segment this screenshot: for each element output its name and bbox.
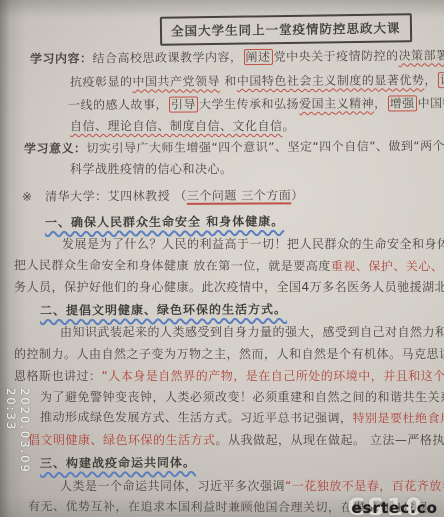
note-line: 二、提倡文明健康、绿色环保的生活方式。 [40,302,287,318]
text-segment: 切实引导广大师生增强“四个意识”、坚定“四个自信”、做到“两个维护”，厚植爱国 [86,138,444,155]
text-segment: 。 [283,119,296,133]
note-line: 学习意义：切实引导广大师生增强“四个意识”、坚定“四个自信”、做到“两个维护”，… [24,138,444,157]
watermark-dark-text: esrtec.co [351,499,438,517]
notes-photo: 全国大学生同上一堂疫情防控思政大课 学习内容：结合高校思政课教学内容，阐述党中央… [0,0,444,517]
photo-timestamp: 2020.03.09 20:33 [4,388,32,517]
text-segment: 党中央关于疫情防控的 [273,49,398,64]
text-segment: 爱国主义精神 [299,97,374,111]
text-segment: ※ 清华大学：艾四林教授 （ [22,189,187,204]
note-line: 务人员，保护好他们的身心健康。此次疫情中，全国4万多名医务人员驰援湖北。 [14,280,444,295]
note-line: 三、构建战疫命运共同体。 [40,456,196,472]
text-segment: 一线的感人故事， [68,98,168,113]
text-segment: ） [291,188,304,202]
text-segment: 由知识武装起来的人类感受到自身力量的强大，感受到自己对自然力和自然物的独特 [60,325,444,339]
text-segment: 推动形成绿色发展方式、生活方式。习近平总书记强调， [40,410,353,425]
text-segment: 中国共产党领导 [132,74,220,88]
text-segment: 务人员，保护好他们的身心健康。此次疫情中，全国4万多名医务人员驰援湖北。 [14,280,444,294]
note-line: 由知识武装起来的人类感受到自身力量的强大，感受到自己对自然力和自然物的独特 [60,325,444,340]
text-segment: 特别是要杜绝食用野生动物的陋习，提 [352,411,444,426]
text-segment: 。从我做起，从现在做起。 立法—严格执法 [216,433,444,447]
text-segment: 人类是一个命运共同体，习近平多次强调 [60,479,285,493]
text-segment: 抗疫彰显的 [70,75,133,89]
text-segment: ， [424,73,437,87]
text-segment: 把人民群众生命安全和身体健康 放在第一位，就是要高度 [14,258,331,273]
text-segment: 三、构建战疫命运共同体。 [40,456,196,471]
text-segment: “人本身是自然界的产物，是在自己所处的环境中，并且和这个环境一起发展起来 [102,369,444,383]
note-line: 一线的感人故事，引导大学生传承和弘扬爱国主义精神，增强中国特色社会主 [68,96,444,113]
text-segment: 二、提倡文明健康、绿色环保的生活方式。 [40,302,287,317]
text-segment: 一、确保人民群众生命安全 和身体健康。 [45,214,284,229]
text-segment: 阐述 [243,49,272,65]
note-line: 把人民群众生命安全和身体健康 放在第一位，就是要高度重视、保护、关心、爱护 战“… [14,258,444,275]
text-segment: 科学战胜疫情的信心和决心。 [70,162,233,176]
note-line: 一、确保人民群众生命安全 和身体健康。 [45,214,284,230]
note-line: 抗疫彰显的中国共产党领导 和中国特色社会主义制度的显著优势，讲述抗疫 [70,73,444,90]
text-segment: 讲述 [438,72,444,88]
text-segment: 中国特色社会主 [418,96,444,110]
text-segment: “一花独放不是春，百花齐放春满园” [285,479,444,493]
note-line: 的控制力。人由自然之子变为万物之主，然而，人和自然是个有机体。马克思讲：“人靠自… [14,347,444,362]
text-segment: 的控制力。人由自然之子变为万物之主，然而，人和自然是个有机体。马克思讲： [14,347,444,361]
note-line: 科学战胜疫情的信心和决心。 [70,162,233,177]
text-segment: 恩格斯也讲过： [14,369,102,383]
text-segment: 决策部署 [398,48,444,62]
note-line: 学习内容：结合高校思政课教学内容，阐述党中央关于疫情防控的决策部署，分析 [30,48,444,67]
note-line: 发展是为了什么？人民的利益高于一切！把人民群众的生命安全和身体健康放在第一位。 [62,237,444,252]
text-segment: 学习意义： [24,141,87,155]
text-segment: 大学生传承和弘扬 [199,97,299,112]
text-segment: 三个问题 三个方面 [187,188,291,203]
note-line: 自信、理论自信、制度自信、文化自信。 [70,119,295,134]
text-segment: 发展是为了什么？人民的利益高于一切！把人民群众的生命安全和身体健康放在第一位。 [62,237,444,251]
note-line: 倡文明健康、绿色环保的生活方式。从我做起，从现在做起。 立法—严格执法 [28,433,444,448]
text-segment: 引导 [169,96,198,112]
note-title: 全国大学生同上一堂疫情防控思政大课 [160,13,412,46]
text-segment: 结合高校思政课教学内容， [92,50,242,65]
text-segment: 和 [220,74,237,88]
text-segment: 学习内容： [30,51,93,66]
text-segment: 增强 [388,95,417,111]
text-segment: 中国特色社会主义制度的显著优势 [237,73,425,88]
note-line: ※ 清华大学：艾四林教授 （三个问题 三个方面） [22,188,304,204]
text-segment: 自信、理论自信、制度自信、文化自信 [70,119,283,133]
watermark: CS10 esrtec.co [351,498,438,517]
text-segment: ， [374,96,387,110]
note-line: 推动形成绿色发展方式、生活方式。习近平总书记强调，特别是要杜绝食用野生动物的陋习… [40,410,444,427]
text-segment: 重视、保护、关心、爱护 战“疫”一线医 [331,259,444,274]
note-line: 为了避免警钟变丧钟，人类必须改变！必须重建和自然之间的和谐共生关系！因 [40,390,444,405]
note-line: 人类是一个命运共同体，习近平多次强调“一花独放不是春，百花齐放春满园”，就是要强… [60,479,444,494]
note-line: 恩格斯也讲过：“人本身是自然界的产物，是在自己所处的环境中，并且和这个环境一起发… [14,369,444,384]
text-segment: 为了避免警钟变丧钟，人类必须改变！必须重建和自然之间的和谐共生关系！因 [40,390,444,404]
text-segment: 倡文明健康、绿色环保的生活方式 [28,433,216,447]
